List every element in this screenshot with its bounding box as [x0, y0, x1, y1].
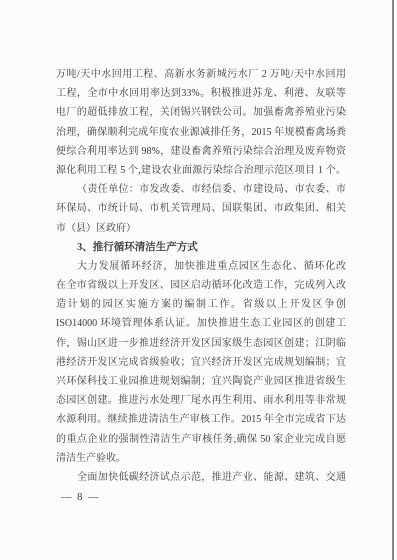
text-line: （责任单位：市发改委、市经信委、市建设局、市农委、市 [56, 180, 346, 199]
text-line: 市（县）区政府） [56, 219, 346, 238]
text-line: 在全市省级以上开发区、园区启动循环化改造工作，完成列入改 [56, 276, 346, 295]
document-content: 万吨/天中水回用工程、高新水务新城污水厂 2 万吨/天中水回用工程，全市中水回用… [56, 65, 346, 507]
text-line: 大力发展循环经济，加快推进重点园区生态化、循环化改造， [56, 257, 346, 276]
text-line: 态园区创建。推进污水处理厂尾水再生利用、雨水利用等非常规 [56, 391, 346, 410]
text-line: 源化利用工程 5 个,建设农业面源污染综合治理示范区项目 1 个。 [56, 161, 346, 180]
text-line: 作，锡山区进一步推进经济开发区国家级生态园区创建；江阴临 [56, 334, 346, 353]
text-line: 清洁生产验收。 [56, 449, 346, 468]
text-line: 工程，全市中水回用率达到33%。积极推进苏龙、利港、友联等 [56, 84, 346, 103]
text-line: 兴环保科技工业园推进规划编制；宜兴陶瓷产业园区推进省级生 [56, 372, 346, 391]
text-line: 电厂的超低排放工程，关闭锡兴钢铁公司。加强畜禽养殖业污染 [56, 103, 346, 122]
right-margin-rule [392, 0, 394, 560]
text-line: 造计划的园区实施方案的编制工作。省级以上开发区争创 [56, 295, 346, 314]
section-heading: 3、推行循环清洁生产方式 [56, 238, 346, 257]
document-body: 万吨/天中水回用工程、高新水务新城污水厂 2 万吨/天中水回用工程，全市中水回用… [56, 65, 346, 487]
text-line: 万吨/天中水回用工程、高新水务新城污水厂 2 万吨/天中水回用 [56, 65, 346, 84]
text-line: 港经济开发区完成省级验收；宜兴经济开发区完成规划编制；宜 [56, 353, 346, 372]
text-line: 环保局、市统计局、市机关管理局、国联集团、市政集团、相关 [56, 199, 346, 218]
text-line: 全面加快低碳经济试点示范，推进产业、能源、建筑、交通 [56, 468, 346, 487]
text-line: 的重点企业的强制性清洁生产审核任务,确保 50 家企业完成自愿 [56, 430, 346, 449]
text-line: 水源利用。继续推进清洁生产审核工作。2015 年全市完成省下达 [56, 410, 346, 429]
text-line: 便综合利用率达到 98%，建设畜禽养殖污染综合治理及废弃物资 [56, 142, 346, 161]
text-line: 治理，确保顺利完成年度农业源减排任务，2015 年规模畜禽场粪 [56, 123, 346, 142]
page-number: — 8 — [61, 488, 346, 507]
document-page: 万吨/天中水回用工程、高新水务新城污水厂 2 万吨/天中水回用工程，全市中水回用… [0, 0, 397, 560]
text-line: ISO14000 环境管理体系认证。加快推进生态工业园区的创建工 [56, 314, 346, 333]
